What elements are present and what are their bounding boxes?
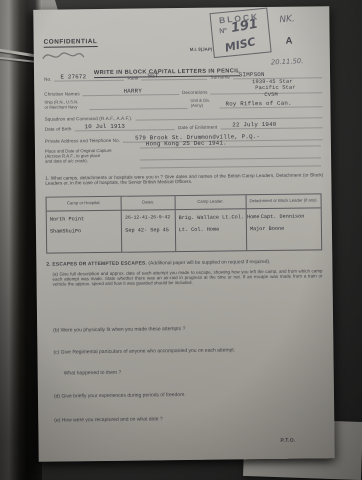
ship-label: Ship (R.N., U.S.N. or Merchant Navy [44, 100, 86, 110]
table-cell: 26-12-41-26-9-42 [122, 212, 175, 225]
christian-names-label: Christian Names [44, 91, 80, 96]
no-value: E 27672 [54, 73, 124, 82]
ship-value [89, 102, 187, 110]
table-cell: Lt. Col. Home [176, 223, 246, 236]
unit-label: Unit & Div. (Army) [190, 99, 216, 109]
field-row-dates: Date of Birth 10 Jul 1913 Date of Enlist… [45, 120, 323, 131]
photo-backdrop: CONFIDENTIAL M.I. 9(JAP) BLOCK Nº 191 MI… [0, 0, 362, 480]
stamp-number: 191 [230, 17, 259, 36]
field-row-ship-unit: Ship (R.N., U.S.N. or Merchant Navy Unit… [44, 97, 322, 110]
table-cell: North Point [47, 213, 121, 226]
section-2-note: (Additional paper will be supplied on re… [148, 260, 270, 266]
section-2-heading: 2. ESCAPES OR ATTEMPTED ESCAPES. (Additi… [46, 259, 324, 267]
stamp-category: MISC [224, 35, 257, 55]
address-label: Private Address and Telephone No. [45, 138, 120, 144]
block-stamp: BLOCK Nº 191 MISC [209, 8, 271, 59]
pencil-date: 20.11.50. [271, 57, 304, 67]
escape-item-b: (b) Were you physically fit when you mad… [53, 326, 185, 334]
date-of-enlistment-value: 22 July 1940 [220, 120, 322, 129]
pto-label: P.T.O. [280, 438, 295, 444]
date-of-birth-value: 10 Jul 1913 [74, 122, 174, 131]
pencil-initials: NK. [279, 14, 295, 25]
document-page: CONFIDENTIAL M.I. 9(JAP) BLOCK Nº 191 MI… [33, 6, 335, 462]
escape-item-d: (d) Give briefly your experiences during… [54, 392, 186, 400]
question-1: 1. What camps, detachments or hospitals … [45, 172, 323, 186]
header-camp: Camp or Hospital. [47, 197, 122, 211]
decorations-line [210, 86, 322, 94]
column-camp: North Point ShamShuiPo [47, 211, 123, 253]
table-cell: ShamShuiPo [47, 225, 121, 238]
column-dates: 26-12-41-26-9-42 Sep 42- Sep 45 [122, 210, 176, 252]
christian-names-value: HARRY [83, 87, 179, 96]
escape-item-a: (a) Give full description and approx. da… [52, 268, 322, 287]
capture-label: Place and Date of Original Capture (Airc… [45, 149, 139, 165]
table-cell: Major Boone [247, 222, 321, 235]
escape-item-c-followup: What happened to them ? [64, 370, 122, 377]
date-of-enlistment-label: Date of Enlistment [178, 125, 217, 130]
header-dates: Dates. [122, 196, 176, 210]
capture-value: Hong Kong 25 Dec 1941. [140, 138, 321, 148]
capture-line [140, 159, 321, 168]
camps-table: Camp or Hospital. Dates. Camp Leader. De… [46, 193, 323, 253]
table-cell: Brig. Wallace Lt.Col. Home [175, 211, 245, 224]
no-label: No. [44, 77, 52, 82]
squadron-label: Squadron and Command (R.A.F., A.A.F.). [45, 116, 133, 122]
escape-item-e: (e) How were you recaptured and on what … [54, 416, 162, 423]
table-cell: Sep 42- Sep 45 [122, 224, 175, 237]
stamp-number-prefix: Nº [219, 28, 227, 36]
header-block-leader: Detachment or Block Leader (if any). [247, 194, 321, 208]
unit-value: Roy Rifles of Can. [219, 99, 322, 108]
section-2-title: 2. ESCAPES OR ATTEMPTED ESCAPES. [46, 261, 147, 267]
header-camp-leader: Camp Leader. [175, 195, 246, 209]
decorations-label: Decorations [182, 90, 208, 95]
escape-item-c: (c) Give Regimental particulars of anyon… [53, 347, 235, 355]
section-letter: A [286, 36, 293, 47]
surname-label: Surname [211, 74, 230, 79]
rank-value: SGT [141, 72, 207, 81]
date-of-birth-label: Date of Birth [45, 126, 72, 131]
form-reference-label: M.I. 9(JAP) [190, 47, 213, 52]
column-camp-leader: Brig. Wallace Lt.Col. Home Lt. Col. Home [175, 209, 247, 251]
rank-label: Rank [127, 76, 138, 81]
squadron-value [135, 111, 322, 120]
camps-table-body: North Point ShamShuiPo 26-12-41-26-9-42 … [47, 208, 321, 252]
